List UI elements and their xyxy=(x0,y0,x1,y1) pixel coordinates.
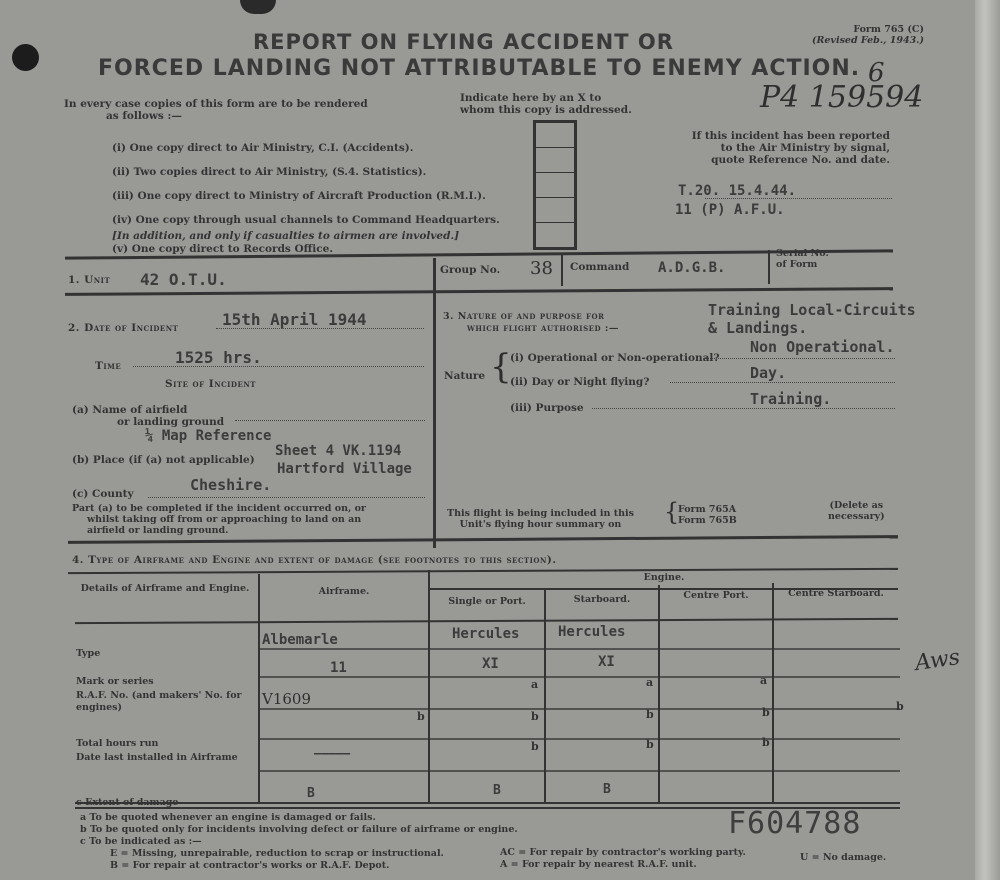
county-value[interactable]: Cheshire. xyxy=(190,476,271,494)
form-number-block: Form 765 (C) (Revised Feb., 1943.) xyxy=(812,24,924,46)
airframe-raf-no[interactable]: V1609 xyxy=(262,690,311,708)
dotted-line xyxy=(705,198,892,199)
divider xyxy=(260,708,900,710)
brace-icon: { xyxy=(490,350,512,384)
divider xyxy=(260,676,900,678)
q3-label: (iii) Purpose xyxy=(510,402,584,414)
distribution-item: (ii) Two copies direct to Air Ministry, … xyxy=(112,160,500,184)
distribution-item: (i) One copy direct to Air Ministry, C.I… xyxy=(112,136,500,160)
purpose-value-line1[interactable]: Training Local-Circuits xyxy=(708,301,916,319)
footnote-mark-b: b xyxy=(417,710,425,723)
damage-code-b: B = For repair at contractor's works or … xyxy=(80,860,518,872)
handwritten-superscript: 6 xyxy=(868,58,885,88)
engine-port-mark[interactable]: XI xyxy=(482,656,499,672)
footnote-a: a To be quoted whenever an engine is dam… xyxy=(80,812,518,824)
command-value[interactable]: A.D.G.B. xyxy=(658,260,725,276)
group-value[interactable]: 38 xyxy=(530,258,553,279)
form-revised: (Revised Feb., 1943.) xyxy=(812,35,924,46)
signal-ref-line2[interactable]: 11 (P) A.F.U. xyxy=(675,202,785,218)
row-label-hours: Total hours run xyxy=(76,738,158,749)
background-edge xyxy=(975,0,1000,880)
form-title-line1: REPORT ON FLYING ACCIDENT OR xyxy=(253,30,674,54)
footnote-mark-b: b xyxy=(762,736,770,749)
divider xyxy=(260,648,900,650)
engine-port-type[interactable]: Hercules xyxy=(452,626,519,642)
unit-label: 1. Unit xyxy=(68,274,110,286)
airfield-field[interactable] xyxy=(235,420,425,421)
nature-label: Nature xyxy=(444,370,485,382)
form-number: Form 765 (C) xyxy=(812,24,924,35)
distribution-note: [In addition, and only if casualties to … xyxy=(112,230,459,242)
header-starboard: Starboard. xyxy=(546,594,658,605)
row-label-damage: c Extent of damage xyxy=(76,797,178,808)
distribution-list: (i) One copy direct to Air Ministry, C.I… xyxy=(112,136,500,232)
damage-code-e: E = Missing, unrepairable, reduction to … xyxy=(80,848,518,860)
q1-label: (i) Operational or Non-operational? xyxy=(510,352,720,364)
divider xyxy=(68,535,898,544)
date-value[interactable]: 15th April 1944 xyxy=(222,310,367,329)
damage-code-a: A = For repair by nearest R.A.F. unit. xyxy=(500,859,746,871)
airframe-type[interactable]: Albemarle xyxy=(262,632,338,648)
distribution-intro: In every case copies of this form are to… xyxy=(64,98,368,122)
site-label: Site of Incident xyxy=(165,378,256,390)
divider xyxy=(75,802,900,804)
delete-note: (Delete as necessary) xyxy=(828,500,885,522)
signal-instruction: If this incident has been reported to th… xyxy=(680,130,890,166)
airframe-damage[interactable]: B xyxy=(307,786,315,801)
q2-value[interactable]: Day. xyxy=(750,364,786,382)
date-label: 2. Date of Incident xyxy=(68,322,178,334)
handwritten-margin-note: Aws xyxy=(913,645,961,676)
place-value-line1[interactable]: Sheet 4 VK.1194 xyxy=(275,443,401,459)
q1-value[interactable]: Non Operational. xyxy=(750,338,895,356)
footnote-mark-b: b xyxy=(531,710,539,723)
engine-starboard-damage[interactable]: B xyxy=(603,782,611,797)
punch-hole xyxy=(12,44,39,71)
row-label-date-installed: Date last installed in Airframe xyxy=(76,752,251,764)
unit-value[interactable]: 42 O.T.U. xyxy=(140,270,227,289)
footnote-mark-b: b xyxy=(762,706,770,719)
dotted-line xyxy=(670,382,895,383)
addressee-checkbox[interactable] xyxy=(536,173,574,198)
distribution-item: (iv) One copy through usual channels to … xyxy=(112,208,500,232)
stamp-number: F604788 xyxy=(728,806,861,841)
footnote-mark-a: a xyxy=(646,676,653,689)
divider xyxy=(768,250,770,284)
form-title-line2: FORCED LANDING NOT ATTRIBUTABLE TO ENEMY… xyxy=(98,56,860,81)
command-label: Command xyxy=(570,261,629,273)
damage-code-ac: AC = For repair by contractor's working … xyxy=(500,847,746,859)
footnotes-right: AC = For repair by contractor's working … xyxy=(500,847,746,871)
map-reference-label: ¼ Map Reference xyxy=(145,428,271,444)
punch-hole-top xyxy=(240,0,276,14)
divider xyxy=(260,738,900,740)
airfield-label: (a) Name of airfield or landing ground xyxy=(72,404,224,428)
damage-code-u: U = No damage. xyxy=(800,852,886,863)
footnote-mark-b: b xyxy=(531,740,539,753)
header-centre-starboard: Centre Starboard. xyxy=(774,588,898,599)
engine-starboard-type[interactable]: Hercules xyxy=(558,624,625,640)
footnote-mark-a: a xyxy=(760,674,767,687)
place-label: (b) Place (if (a) not applicable) xyxy=(72,454,255,466)
footnote-c: c To be indicated as :— xyxy=(80,836,518,848)
row-label-mark: Mark or series xyxy=(76,676,154,687)
airframe-mark[interactable]: 11 xyxy=(330,660,347,676)
divider xyxy=(561,254,563,286)
addressee-checkbox[interactable] xyxy=(536,148,574,173)
indicate-instruction: Indicate here by an X to whom this copy … xyxy=(460,92,632,116)
addressee-checkbox-column xyxy=(533,120,577,250)
divider xyxy=(433,258,436,548)
brace-icon: { xyxy=(664,500,679,524)
dotted-line xyxy=(592,408,895,409)
distribution-item-v: (v) One copy direct to Records Office. xyxy=(112,243,333,255)
row-label-raf-no: R.A.F. No. (and makers' No. for engines) xyxy=(76,690,251,714)
signal-ref-line1[interactable]: T.20. 15.4.44. xyxy=(678,183,796,199)
summary-label: This flight is being included in this Un… xyxy=(447,508,634,530)
form-paper: Form 765 (C) (Revised Feb., 1943.) REPOR… xyxy=(0,0,975,880)
footnote-mark-b: b xyxy=(646,738,654,751)
header-single-port: Single or Port. xyxy=(430,596,544,607)
handwritten-reference: P4 159594 xyxy=(760,80,923,115)
time-value[interactable]: 1525 hrs. xyxy=(175,348,262,367)
place-value-line2[interactable]: Hartford Village xyxy=(277,461,412,477)
section4-label: 4. Type of Airframe and Engine and exten… xyxy=(72,554,557,566)
row-label-type: Type xyxy=(76,648,100,659)
divider xyxy=(75,618,898,624)
dotted-line xyxy=(705,358,895,359)
group-label: Group No. xyxy=(440,264,500,276)
header-details: Details of Airframe and Engine. xyxy=(76,583,254,594)
header-engine: Engine. xyxy=(430,572,898,583)
engine-port-damage[interactable]: B xyxy=(493,783,501,798)
addressee-checkbox[interactable] xyxy=(536,198,574,223)
nature-purpose-label: 3. Nature of and purpose for which fligh… xyxy=(443,311,619,335)
q3-value[interactable]: Training. xyxy=(750,390,831,408)
part-a-note: Part (a) to be completed if the incident… xyxy=(72,503,366,536)
header-airframe: Airframe. xyxy=(260,586,428,597)
serial-label: Serial No. of Form xyxy=(776,248,829,270)
distribution-item: (iii) One copy direct to Ministry of Air… xyxy=(112,184,500,208)
engine-starboard-mark[interactable]: XI xyxy=(598,654,615,670)
footnote-mark-a: a xyxy=(531,678,538,691)
summary-forms: Form 765A Form 765B xyxy=(678,504,737,526)
form-765a-option[interactable]: Form 765A xyxy=(678,504,737,515)
footnote-mark-b: b xyxy=(896,700,904,713)
time-label: Time xyxy=(95,360,121,372)
purpose-value-line2[interactable]: & Landings. xyxy=(708,319,807,337)
addressee-checkbox[interactable] xyxy=(536,123,574,148)
footnote-b: b To be quoted only for incidents involv… xyxy=(80,824,518,836)
addressee-checkbox[interactable] xyxy=(536,223,574,248)
header-centre-port: Centre Port. xyxy=(660,590,772,601)
divider xyxy=(260,770,900,772)
footnote-mark-b: b xyxy=(646,708,654,721)
airframe-date-installed[interactable]: ————— xyxy=(314,746,350,760)
form-765b-option[interactable]: Form 765B xyxy=(678,515,737,526)
dotted-line xyxy=(148,497,425,498)
q2-label: (ii) Day or Night flying? xyxy=(510,376,649,388)
footnotes-left: a To be quoted whenever an engine is dam… xyxy=(80,812,518,872)
county-label: (c) County xyxy=(72,488,134,500)
